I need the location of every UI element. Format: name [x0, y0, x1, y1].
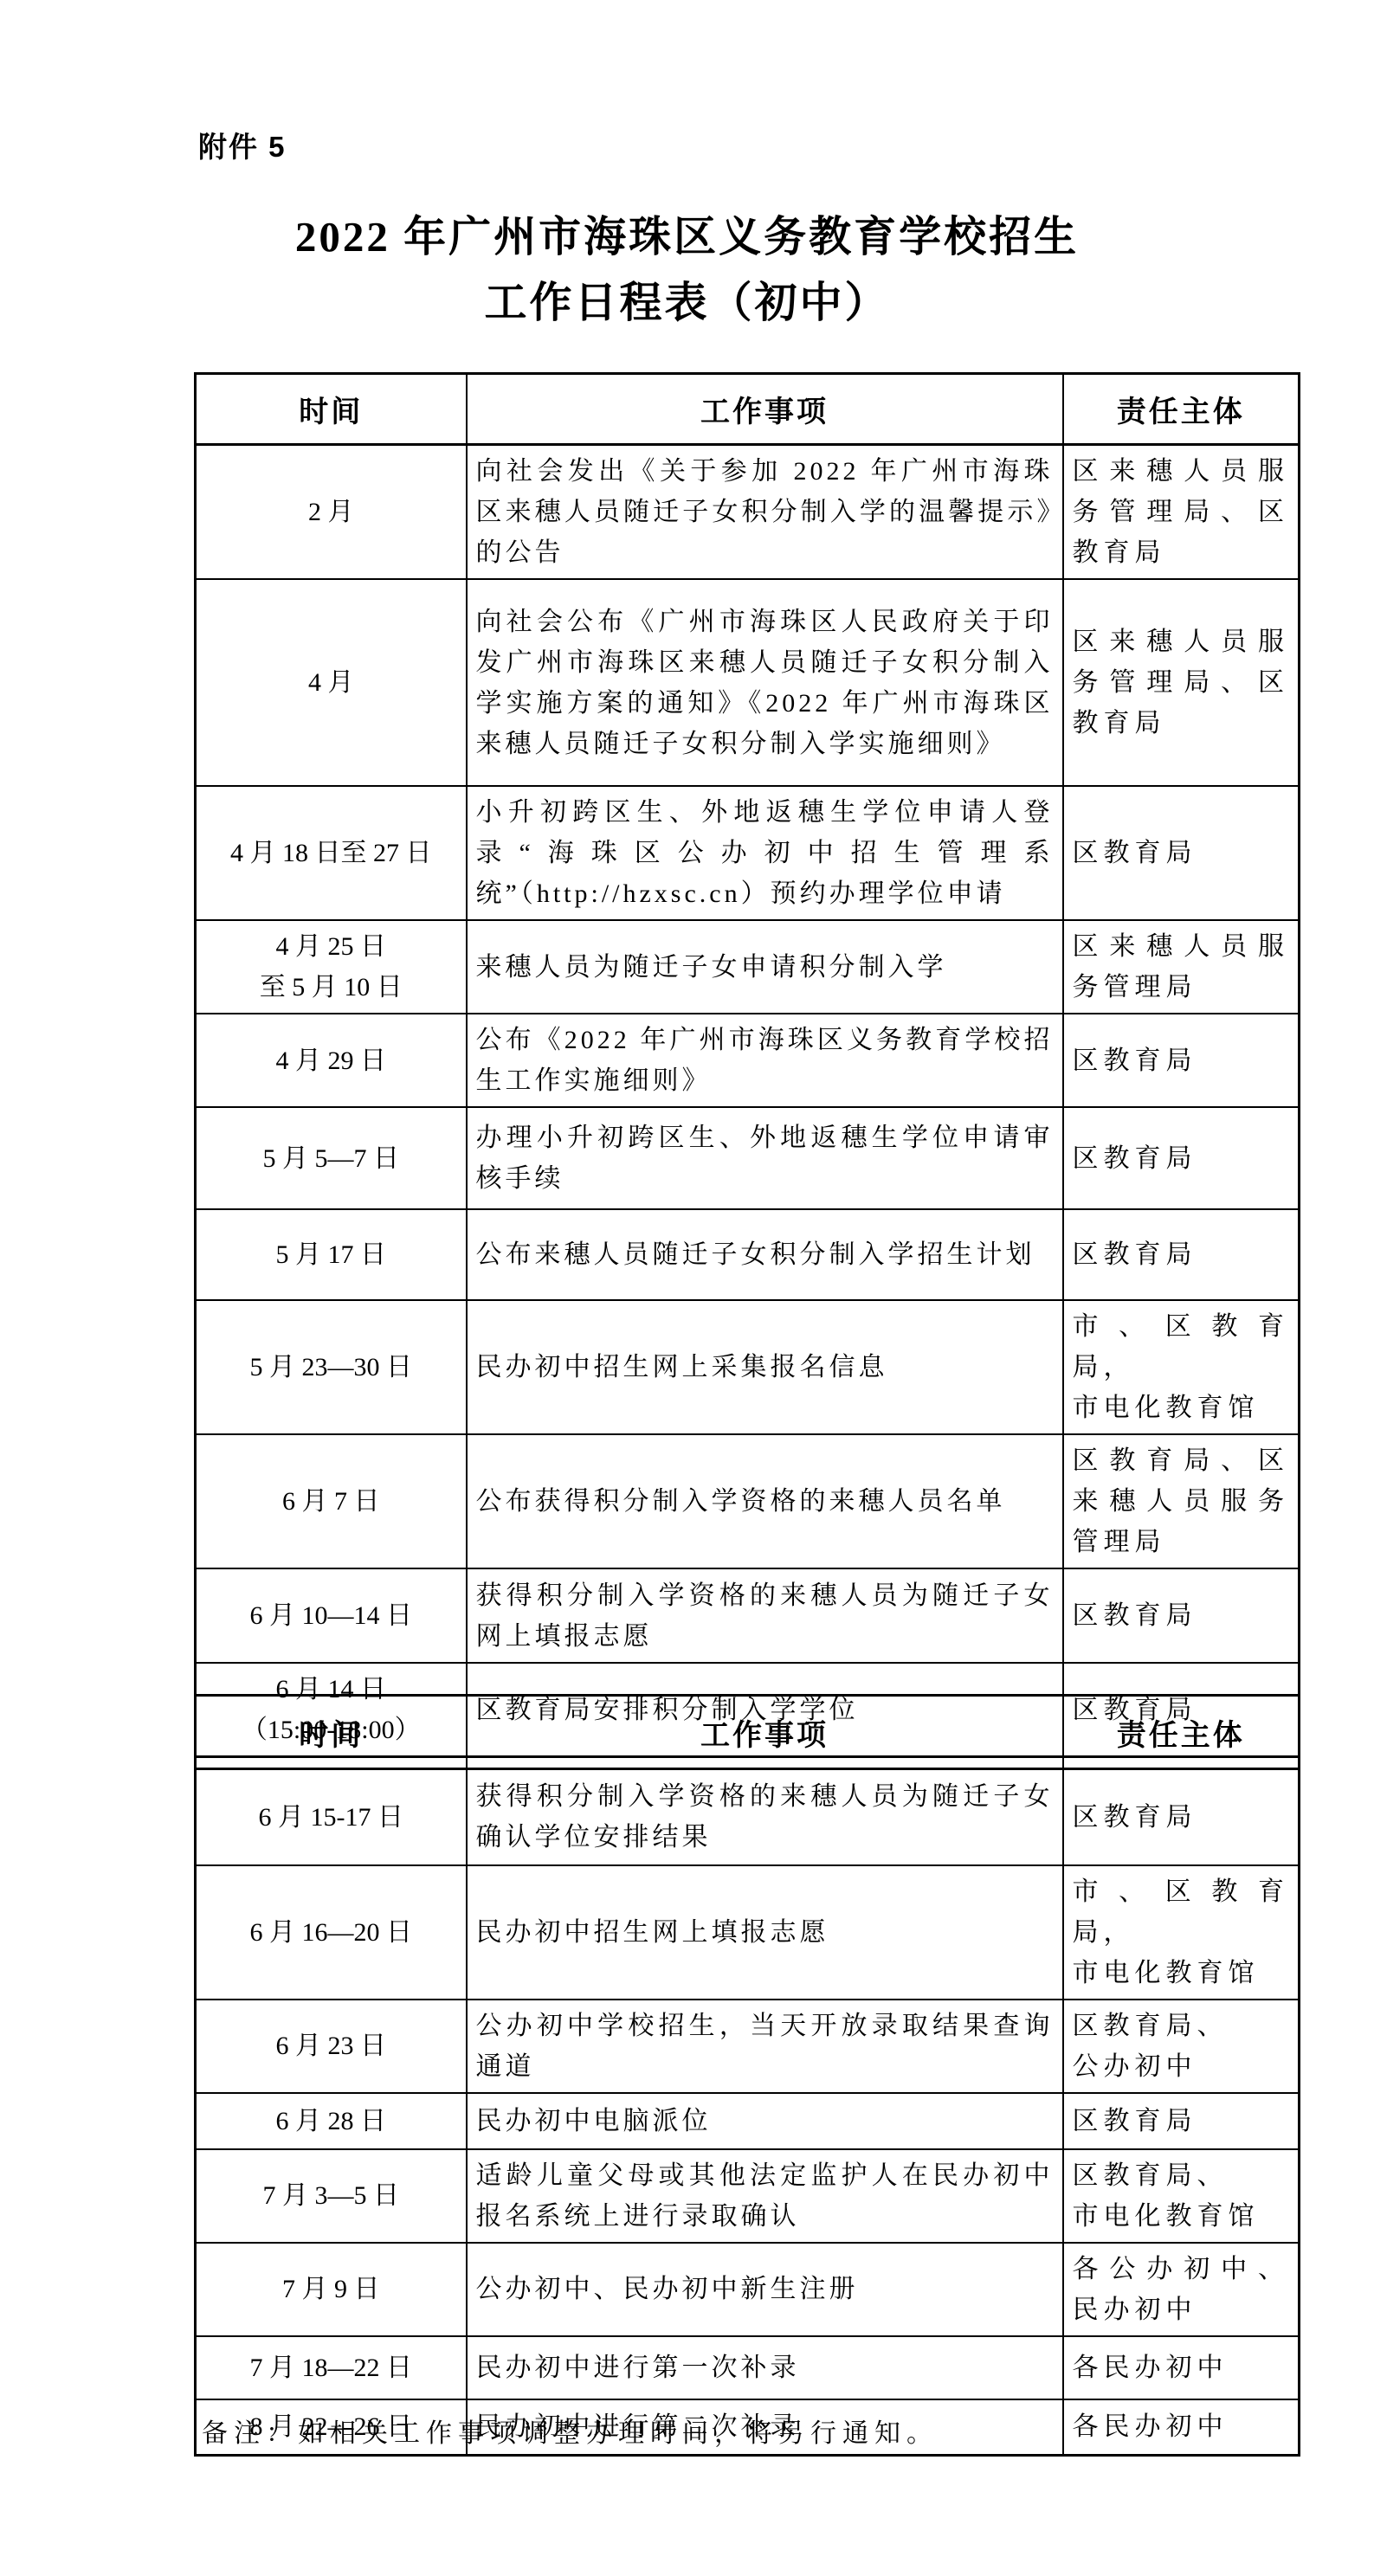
owner-cell: 各民办初中	[1063, 2336, 1300, 2399]
task-cell: 民办初中进行第一次补录	[467, 2336, 1063, 2399]
owner-cell: 市、区教育局， 市电化教育馆	[1063, 1865, 1300, 2000]
title-line-2: 工作日程表（初中）	[0, 270, 1374, 336]
owner-cell: 区来穗人员服务管理局	[1063, 920, 1300, 1014]
table-row: 5 月 23—30 日 民办初中招生网上采集报名信息 市、区教育局， 市电化教育…	[196, 1300, 1300, 1434]
owner-cell: 各民办初中	[1063, 2399, 1300, 2456]
table-row: 4 月 29 日 公布《2022 年广州市海珠区义务教育学校招生工作实施细则》 …	[196, 1014, 1300, 1107]
time-cell: 4 月 29 日	[196, 1014, 467, 1107]
table-row: 6 月 16—20 日 民办初中招生网上填报志愿 市、区教育局， 市电化教育馆	[196, 1865, 1300, 2000]
task-cell: 适龄儿童父母或其他法定监护人在民办初中报名系统上进行录取确认	[467, 2149, 1063, 2243]
table-row: 6 月 10—14 日 获得积分制入学资格的来穗人员为随迁子女网上填报志愿 区教…	[196, 1568, 1300, 1663]
task-cell: 民办初中电脑派位	[467, 2093, 1063, 2149]
document-title: 2022 年广州市海珠区义务教育学校招生 工作日程表（初中）	[0, 204, 1374, 336]
table-row: 6 月 23 日 公办初中学校招生，当天开放录取结果查询通道 区教育局、 公办初…	[196, 2000, 1300, 2093]
table-row: 7 月 18—22 日 民办初中进行第一次补录 各民办初中	[196, 2336, 1300, 2399]
document-page: 附件 5 2022 年广州市海珠区义务教育学校招生 工作日程表（初中） 时间 工…	[0, 0, 1374, 2576]
time-cell: 6 月 23 日	[196, 2000, 467, 2093]
owner-cell: 区教育局、 市电化教育馆	[1063, 2149, 1300, 2243]
column-header-task: 工作事项	[467, 1696, 1063, 1769]
table-row: 7 月 3—5 日 适龄儿童父母或其他法定监护人在民办初中报名系统上进行录取确认…	[196, 2149, 1300, 2243]
column-header-task: 工作事项	[467, 374, 1063, 445]
task-cell: 获得积分制入学资格的来穗人员为随迁子女网上填报志愿	[467, 1568, 1063, 1663]
time-cell: 6 月 10—14 日	[196, 1568, 467, 1663]
owner-cell: 区教育局	[1063, 1107, 1300, 1209]
column-header-owner: 责任主体	[1063, 1696, 1300, 1769]
attachment-label: 附件 5	[198, 125, 287, 165]
task-cell: 来穗人员为随迁子女申请积分制入学	[467, 920, 1063, 1014]
header-row: 时间 工作事项 责任主体	[196, 374, 1300, 445]
table-row: 5 月 5—7 日 办理小升初跨区生、外地返穗生学位申请审核手续 区教育局	[196, 1107, 1300, 1209]
time-cell: 6 月 16—20 日	[196, 1865, 467, 2000]
time-cell: 6 月 28 日	[196, 2093, 467, 2149]
owner-cell: 区教育局	[1063, 1568, 1300, 1663]
table-row: 7 月 9 日 公办初中、民办初中新生注册 各公办初中、民办初中	[196, 2243, 1300, 2336]
time-cell: 4 月 18 日至 27 日	[196, 786, 467, 920]
task-cell: 获得积分制入学资格的来穗人员为随迁子女确认学位安排结果	[467, 1769, 1063, 1865]
column-header-time: 时间	[196, 374, 467, 445]
task-cell: 公办初中、民办初中新生注册	[467, 2243, 1063, 2336]
time-cell: 2 月	[196, 445, 467, 580]
owner-cell: 区教育局	[1063, 1014, 1300, 1107]
time-cell: 5 月 5—7 日	[196, 1107, 467, 1209]
time-cell: 5 月 17 日	[196, 1209, 467, 1300]
table-row: 6 月 15-17 日 获得积分制入学资格的来穗人员为随迁子女确认学位安排结果 …	[196, 1769, 1300, 1865]
task-cell: 民办初中招生网上填报志愿	[467, 1865, 1063, 2000]
schedule-table-1: 时间 工作事项 责任主体 2 月 向社会发出《关于参加 2022 年广州市海珠区…	[194, 372, 1300, 1758]
time-cell: 6 月 7 日	[196, 1434, 467, 1568]
task-cell: 公布来穗人员随迁子女积分制入学招生计划	[467, 1209, 1063, 1300]
task-cell: 小升初跨区生、外地返穗生学位申请人登录“海珠区公办初中招生管理系统”（http:…	[467, 786, 1063, 920]
owner-cell: 各公办初中、民办初中	[1063, 2243, 1300, 2336]
owner-cell: 区来穗人员服务管理局、区教育局	[1063, 445, 1300, 580]
table-row: 4 月 18 日至 27 日 小升初跨区生、外地返穗生学位申请人登录“海珠区公办…	[196, 786, 1300, 920]
table-row: 6 月 28 日 民办初中电脑派位 区教育局	[196, 2093, 1300, 2149]
footnote: 备注：如相关工作事项调整办理时间，将另行通知。	[202, 2412, 939, 2450]
owner-cell: 区教育局、 公办初中	[1063, 2000, 1300, 2093]
task-cell: 公布获得积分制入学资格的来穗人员名单	[467, 1434, 1063, 1568]
task-cell: 民办初中招生网上采集报名信息	[467, 1300, 1063, 1434]
table-row: 5 月 17 日 公布来穗人员随迁子女积分制入学招生计划 区教育局	[196, 1209, 1300, 1300]
header-row: 时间 工作事项 责任主体	[196, 1696, 1300, 1769]
title-line-1: 2022 年广州市海珠区义务教育学校招生	[0, 204, 1374, 270]
schedule-table-2: 时间 工作事项 责任主体 6 月 15-17 日 获得积分制入学资格的来穗人员为…	[194, 1694, 1300, 2457]
column-header-owner: 责任主体	[1063, 374, 1300, 445]
owner-cell: 区教育局、区来穗人员服务管理局	[1063, 1434, 1300, 1568]
time-cell: 7 月 9 日	[196, 2243, 467, 2336]
task-cell: 向社会公布《广州市海珠区人民政府关于印发广州市海珠区来穗人员随迁子女积分制入学实…	[467, 579, 1063, 786]
time-cell: 4 月 25 日 至 5 月 10 日	[196, 920, 467, 1014]
table-row: 2 月 向社会发出《关于参加 2022 年广州市海珠区来穗人员随迁子女积分制入学…	[196, 445, 1300, 580]
owner-cell: 区来穗人员服务管理局、区教育局	[1063, 579, 1300, 786]
time-cell: 7 月 18—22 日	[196, 2336, 467, 2399]
task-cell: 公办初中学校招生，当天开放录取结果查询通道	[467, 2000, 1063, 2093]
task-cell: 向社会发出《关于参加 2022 年广州市海珠区来穗人员随迁子女积分制入学的温馨提…	[467, 445, 1063, 580]
table-row: 4 月 向社会公布《广州市海珠区人民政府关于印发广州市海珠区来穗人员随迁子女积分…	[196, 579, 1300, 786]
time-cell: 5 月 23—30 日	[196, 1300, 467, 1434]
task-cell: 办理小升初跨区生、外地返穗生学位申请审核手续	[467, 1107, 1063, 1209]
time-cell: 7 月 3—5 日	[196, 2149, 467, 2243]
table-row: 4 月 25 日 至 5 月 10 日 来穗人员为随迁子女申请积分制入学 区来穗…	[196, 920, 1300, 1014]
time-cell: 4 月	[196, 579, 467, 786]
column-header-time: 时间	[196, 1696, 467, 1769]
owner-cell: 区教育局	[1063, 786, 1300, 920]
owner-cell: 市、区教育局， 市电化教育馆	[1063, 1300, 1300, 1434]
time-cell: 6 月 15-17 日	[196, 1769, 467, 1865]
owner-cell: 区教育局	[1063, 1209, 1300, 1300]
task-cell: 公布《2022 年广州市海珠区义务教育学校招生工作实施细则》	[467, 1014, 1063, 1107]
owner-cell: 区教育局	[1063, 2093, 1300, 2149]
table-row: 6 月 7 日 公布获得积分制入学资格的来穗人员名单 区教育局、区来穗人员服务管…	[196, 1434, 1300, 1568]
owner-cell: 区教育局	[1063, 1769, 1300, 1865]
